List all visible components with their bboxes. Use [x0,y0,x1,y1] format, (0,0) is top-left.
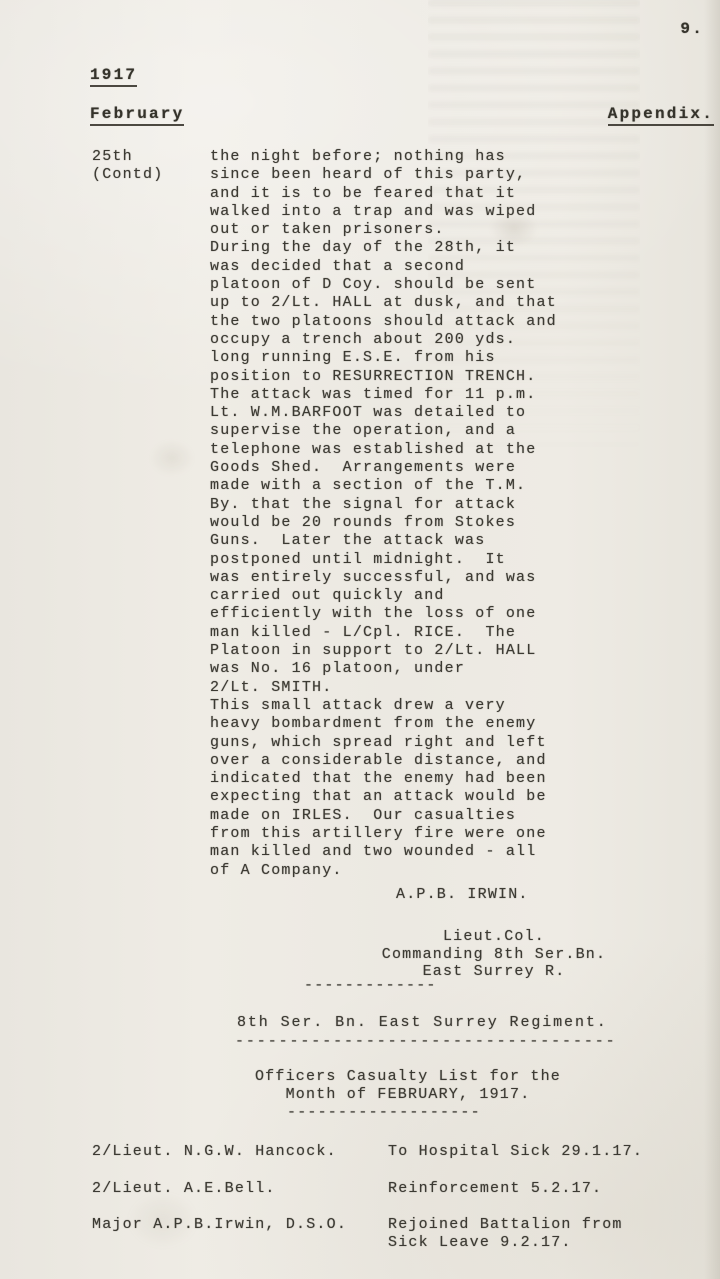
signature-name: A.P.B. IRWIN. [396,886,529,904]
month-heading-text: February [90,105,184,126]
unit-heading-title: 8th Ser. Bn. East Surrey Regiment. [237,1014,608,1032]
scan-edge-shadow [704,0,720,1279]
year-heading: 1917 [90,66,137,84]
signature-rank: Lieut.Col. [443,928,545,945]
signature-regiment: East Surrey R. [423,963,566,980]
appendix-heading-text: Appendix. [608,105,714,126]
signature-block: Lieut.Col. Commanding 8th Ser.Bn. East S… [372,928,616,981]
casualty-status: Rejoined Battalion from Sick Leave 9.2.1… [388,1216,623,1252]
entry-date-continued: (Contd) [92,166,163,183]
entry-date-column: 25th (Contd) [92,148,163,185]
unit-heading-separator: ----------------------------------- [235,1033,617,1051]
casualty-officer-name: 2/Lieut. A.E.Bell. [92,1180,276,1198]
casualty-officer-name: 2/Lieut. N.G.W. Hancock. [92,1143,337,1161]
entry-body-text: the night before; nothing has since been… [210,148,557,880]
casualty-officer-name: Major A.P.B.Irwin, D.S.O. [92,1216,347,1234]
year-heading-text: 1917 [90,66,137,87]
month-heading: February [90,105,184,123]
casualty-status: To Hospital Sick 29.1.17. [388,1143,643,1161]
casualty-list-title-line2: Month of FEBRUARY, 1917. [286,1086,531,1103]
casualty-list-separator: ------------------- [287,1104,481,1122]
appendix-heading: Appendix. [608,105,714,123]
casualty-list-title-line1: Officers Casualty List for the [255,1068,561,1085]
signature-command: Commanding 8th Ser.Bn. [382,946,606,963]
casualty-list-heading: Officers Casualty List for the Month of … [252,1068,564,1105]
scanned-war-diary-page: 9. 1917 February Appendix. 25th (Contd) … [0,0,720,1279]
paper-stain [150,440,194,476]
signature-separator: ------------- [304,977,437,995]
page-number: 9. [680,20,704,38]
entry-date: 25th [92,148,133,165]
casualty-status: Reinforcement 5.2.17. [388,1180,602,1198]
